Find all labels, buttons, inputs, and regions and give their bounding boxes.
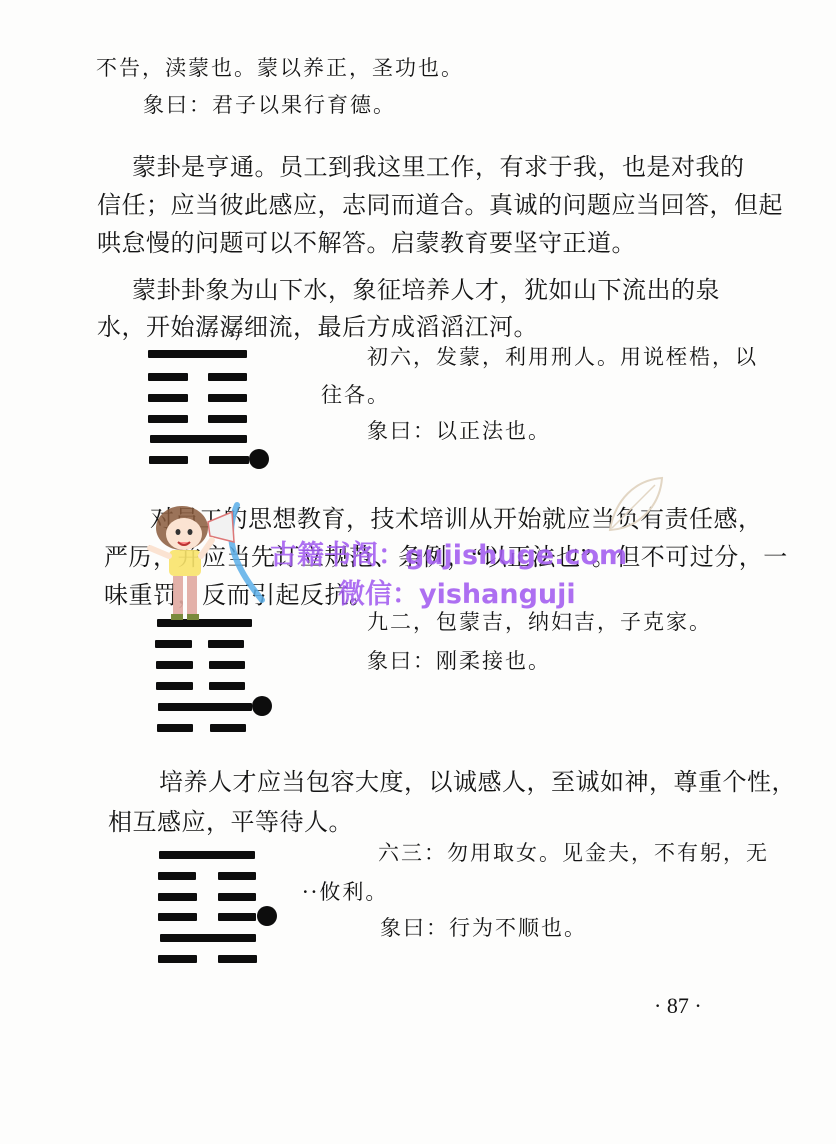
watermark-site: 古籍书阁：gujishuge.com: [270, 540, 627, 571]
paragraph-line: 蒙卦卦象为山下水，象征培养人才，犹如山下流出的泉: [132, 270, 720, 305]
yao-text-line: 六三：勿用取女。见金夫，不有躬，无: [378, 837, 769, 867]
yin-line-left: [158, 872, 196, 880]
watermark-wechat-text: 微信：yishanguji: [338, 572, 576, 611]
paragraph-line: 信任；应当彼此感应，志同而道合。真诚的问题应当回答，但起: [97, 185, 783, 220]
yin-line-right: [218, 955, 257, 963]
yin-line-left: [156, 682, 193, 690]
paragraph-line: 水，开始潺潺细流，最后方成滔滔江河。: [97, 307, 538, 342]
yao-text-line: ··攸利。: [302, 876, 388, 906]
paragraph-line: 培养人才应当包容大度，以诚感人，至诚如神，尊重个性，: [159, 762, 796, 797]
yin-line-right: [209, 456, 249, 464]
page-number: · 87 ·: [654, 993, 702, 1019]
moving-line-dot-icon: [257, 906, 277, 926]
yin-line-left: [148, 394, 188, 402]
yin-line-left: [149, 456, 188, 464]
yang-line: [158, 703, 252, 711]
yin-line-right: [210, 724, 246, 732]
yang-line: [150, 435, 247, 443]
paragraph-line: 哄怠慢的问题可以不解答。启蒙教育要坚守正道。: [97, 223, 636, 258]
yang-line: [160, 934, 256, 942]
yin-line-left: [157, 724, 193, 732]
moving-line-dot-icon: [249, 449, 269, 469]
yao-text-line: 初六，发蒙，利用刑人。用说桎梏，以: [367, 341, 758, 371]
leaf-watermark-icon: [600, 470, 670, 540]
yin-line-right: [209, 661, 245, 669]
paragraph-line: 相互感应，平等待人。: [108, 802, 353, 837]
yin-line-right: [218, 872, 256, 880]
yin-line-right: [218, 893, 256, 901]
yin-line-right: [208, 415, 247, 423]
yin-line-right: [209, 682, 245, 690]
yin-line-left: [158, 913, 197, 921]
moving-line-dot-icon: [252, 696, 272, 716]
xiang-text-line: 象曰：行为不顺也。: [380, 912, 587, 942]
handwritten-mark-icon: [218, 320, 248, 350]
yin-line-right: [218, 913, 256, 921]
xiang-text-line: 象曰：君子以果行育德。: [143, 89, 396, 119]
yin-line-right: [208, 640, 244, 648]
yin-line-left: [158, 893, 197, 901]
yao-text-line: 往各。: [321, 379, 390, 409]
classic-text-line: 不告，渎蒙也。蒙以养正，圣功也。: [96, 52, 464, 82]
yang-line: [159, 851, 255, 859]
xiang-text-line: 象曰：刚柔接也。: [367, 645, 551, 675]
yin-line-left: [148, 415, 188, 423]
book-page: 不告，渎蒙也。蒙以养正，圣功也。 象曰：君子以果行育德。 蒙卦是亨通。员工到我这…: [0, 0, 836, 1144]
xiang-text-line: 象曰：以正法也。: [367, 415, 551, 445]
watermark-site-text: 古籍书阁：gujishuge.com: [270, 533, 627, 572]
yang-line: [148, 350, 247, 358]
yin-line-right: [208, 373, 247, 381]
yin-line-left: [155, 640, 192, 648]
yin-line-left: [158, 955, 197, 963]
yin-line-left: [148, 373, 188, 381]
watermark-wechat: 微信：yishanguji: [338, 579, 576, 610]
yin-line-right: [208, 394, 247, 402]
yin-line-left: [156, 661, 193, 669]
paragraph-line: 蒙卦是亨通。员工到我这里工作，有求于我，也是对我的: [132, 147, 745, 182]
